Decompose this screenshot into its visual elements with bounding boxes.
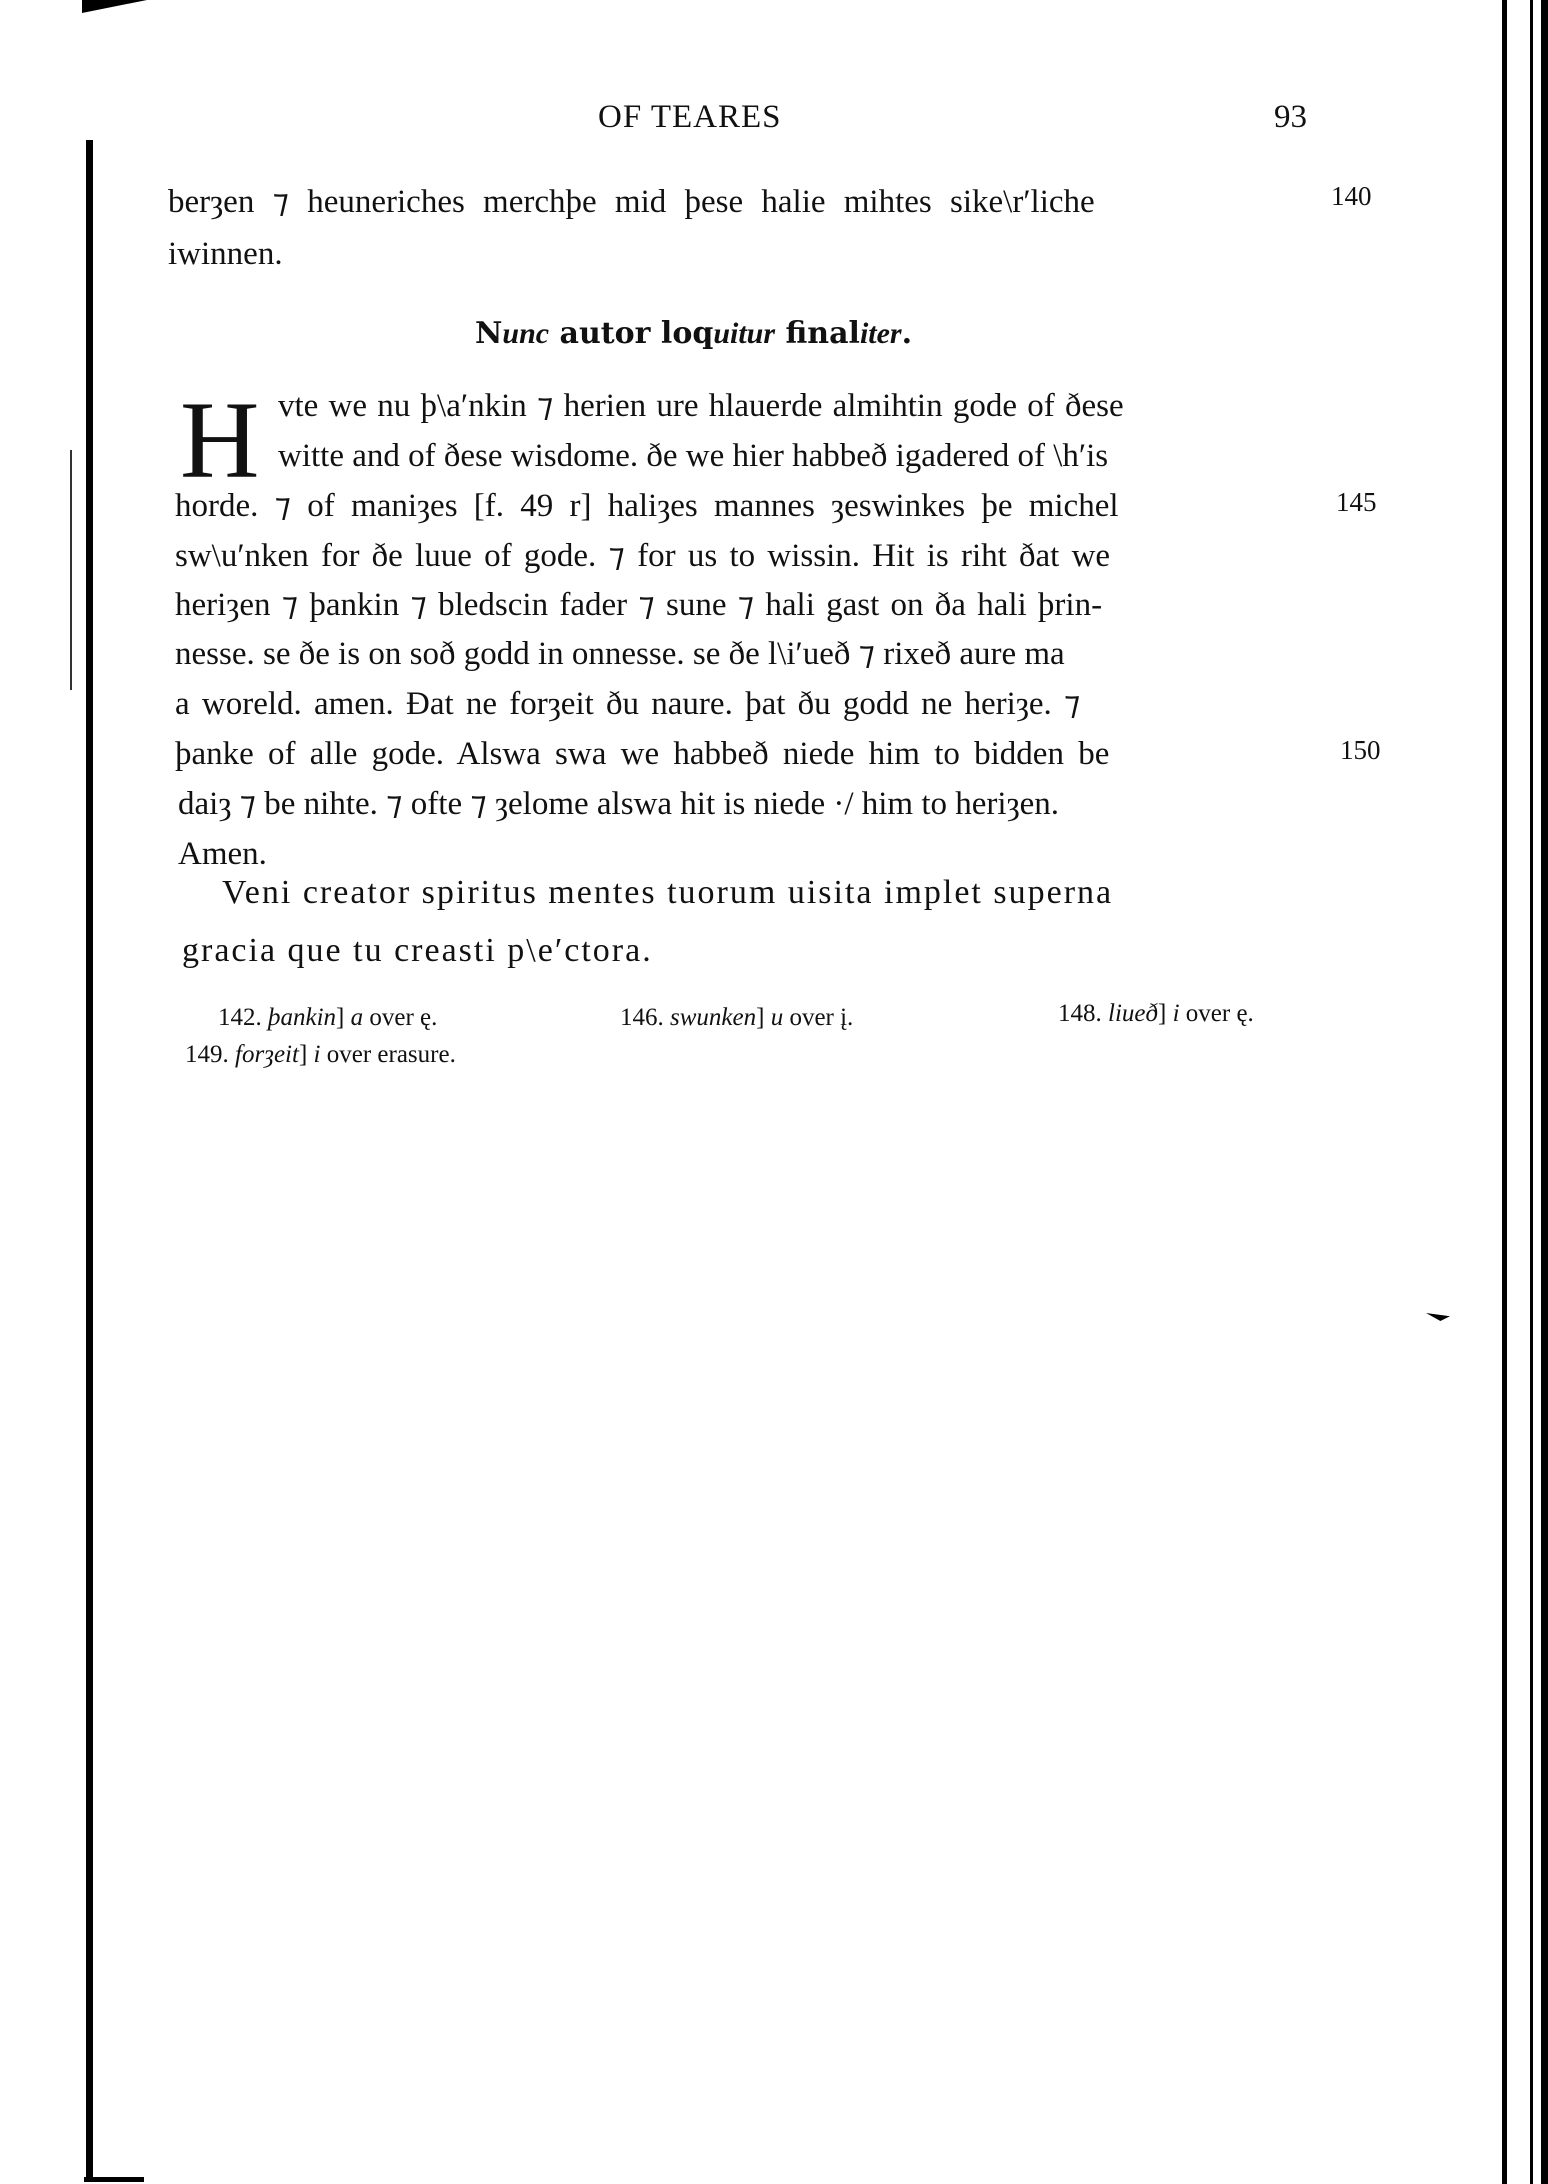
- text-line: þanke of alle gode. Alswa swa we habbeð …: [175, 734, 1109, 774]
- footnote-number: 146.: [620, 1004, 664, 1031]
- text-line: nesse. se ðe is on soð godd in onnesse. …: [175, 634, 1065, 674]
- page-gutter-edge: [1541, 0, 1548, 2184]
- text-line: berȝen ⁊ heuneriches merchþe mid þese ha…: [168, 182, 1095, 222]
- footnote-lemma: swunken: [670, 1004, 756, 1031]
- text-line: horde. ⁊ of maniȝes [f. 49 r] haliȝes ma…: [175, 486, 1119, 526]
- text-line: heriȝen ⁊ þankin ⁊ bledscin fader ⁊ sune…: [175, 585, 1102, 625]
- footnote-note: over į.: [783, 1004, 853, 1031]
- heading-part-italic: uitur: [713, 317, 775, 350]
- text-line: a woreld. amen. Ðat ne forȝeit ðu naure.…: [175, 684, 1080, 724]
- book-page: OF TEARES 93 berȝen ⁊ heuneriches merchþ…: [0, 0, 1548, 2184]
- heading-part: N: [475, 316, 502, 351]
- footnote: 146. swunken] u over į.: [620, 1004, 853, 1032]
- heading-part: autor lo: [549, 316, 692, 351]
- page-left-edge: [86, 140, 93, 2180]
- page-bottom-edge: [84, 2177, 144, 2182]
- text-line: Amen.: [178, 834, 267, 874]
- page-number: 93: [1274, 99, 1307, 136]
- heading-part: .: [902, 316, 912, 351]
- heading-part: final: [775, 316, 860, 351]
- latin-line: Veni creator spiritus mentes tuorum uisi…: [222, 874, 1113, 912]
- footnote-lemma: liueð: [1108, 1000, 1158, 1027]
- footnote-note: over ę.: [1180, 1000, 1254, 1027]
- page-gutter-edge: [1502, 0, 1507, 2184]
- footnote-note-italic: i: [1173, 1000, 1180, 1027]
- footnote-note: over ę.: [363, 1004, 437, 1031]
- section-heading: Nunc autor loquitur finaliter.: [475, 316, 912, 351]
- footnote: 149. forȝeit] i over erasure.: [185, 1041, 456, 1069]
- footnote: 142. þankin] a over ę.: [218, 1004, 437, 1032]
- text-line: daiȝ ⁊ be nihte. ⁊ ofte ⁊ ȝelome alswa h…: [178, 784, 1059, 824]
- footnote-number: 149.: [185, 1041, 229, 1068]
- footnote-note: over erasure.: [320, 1041, 455, 1068]
- page-left-margin-line: [70, 450, 72, 690]
- running-title: OF TEARES: [598, 99, 782, 136]
- margin-mark: [1426, 1313, 1450, 1321]
- text-line: vte we nu þ\a′nkin ⁊ herien ure hlauerde…: [278, 386, 1124, 426]
- text-line: iwinnen.: [168, 234, 283, 274]
- latin-line: gracia que tu creasti p\e′ctora.: [182, 932, 653, 970]
- footnote-number: 142.: [218, 1004, 262, 1031]
- heading-part: q: [692, 316, 713, 351]
- line-number: 150: [1340, 735, 1381, 766]
- line-number: 145: [1336, 487, 1377, 518]
- text-line: sw\u′nken for ðe luue of gode. ⁊ for us …: [175, 536, 1110, 576]
- drop-cap: H: [180, 395, 259, 485]
- line-number: 140: [1331, 181, 1372, 212]
- footnote-lemma: þankin: [268, 1004, 336, 1031]
- heading-part-italic: iter: [860, 317, 902, 350]
- footnote-number: 148.: [1058, 1000, 1102, 1027]
- heading-part-italic: unc: [502, 317, 549, 350]
- page-corner-shadow: [82, 0, 147, 13]
- page-gutter-edge: [1530, 0, 1533, 2184]
- footnote: 148. liueð] i over ę.: [1058, 1000, 1254, 1028]
- footnote-lemma: forȝeit: [235, 1041, 299, 1068]
- footnote-note-italic: u: [771, 1004, 784, 1031]
- text-line: witte and of ðese wisdome. ðe we hier ha…: [278, 436, 1108, 476]
- footnote-note-italic: a: [351, 1004, 364, 1031]
